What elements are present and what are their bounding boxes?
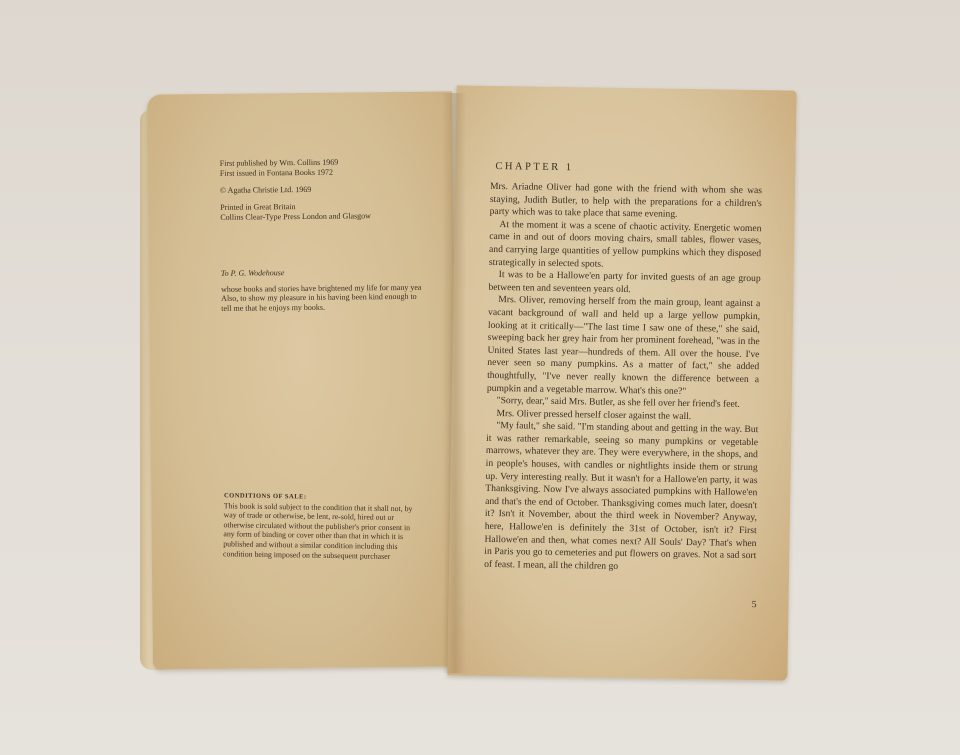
- conditions-of-sale: CONDITIONS OF SALE: This book is sold su…: [223, 491, 419, 561]
- left-page: First published by Wm. Collins 1969 Firs…: [147, 91, 458, 669]
- page-number: 5: [752, 600, 757, 610]
- printer-lines: Printed in Great Britain Collins Clear-T…: [220, 201, 371, 223]
- imprint-line: Printed in Great Britain: [220, 202, 295, 212]
- imprint-line: First published by Wm. Collins 1969: [220, 158, 339, 168]
- paragraph: "My fault," she said. "I'm standing abou…: [484, 420, 758, 575]
- dedication-line: Also, to show my pleasure in his having …: [221, 292, 417, 303]
- imprint-block: First published by Wm. Collins 1969 Firs…: [220, 157, 371, 230]
- open-book: First published by Wm. Collins 1969 Firs…: [140, 88, 795, 683]
- book-gutter: [442, 93, 466, 673]
- imprint-line: © Agatha Christie Ltd. 1969: [220, 185, 311, 195]
- paragraph: Mrs. Ariadne Oliver had gone with the fr…: [490, 181, 763, 223]
- dedication: To P. G. Wodehouse whose books and stori…: [221, 266, 466, 313]
- dedication-to: To P. G. Wodehouse: [221, 266, 466, 278]
- right-page: CHAPTER 1 Mrs. Ariadne Oliver had gone w…: [447, 85, 796, 680]
- copyright-line: © Agatha Christie Ltd. 1969: [220, 184, 371, 196]
- imprint-lines-1: First published by Wm. Collins 1969 Firs…: [220, 157, 371, 179]
- conditions-text: This book is sold subject to the conditi…: [223, 501, 413, 561]
- imprint-line: First issued in Fontana Books 1972: [220, 168, 333, 178]
- chapter-body: Mrs. Ariadne Oliver had gone with the fr…: [484, 181, 762, 576]
- paragraph: At the moment it was a scene of chaotic …: [489, 219, 762, 274]
- paragraph: Mrs. Oliver, removing herself from the m…: [487, 294, 761, 399]
- dedication-line: tell me that he enjoys my books.: [221, 302, 325, 312]
- imprint-line: Collins Clear-Type Press London and Glas…: [220, 211, 371, 222]
- chapter-title: CHAPTER 1: [495, 161, 573, 173]
